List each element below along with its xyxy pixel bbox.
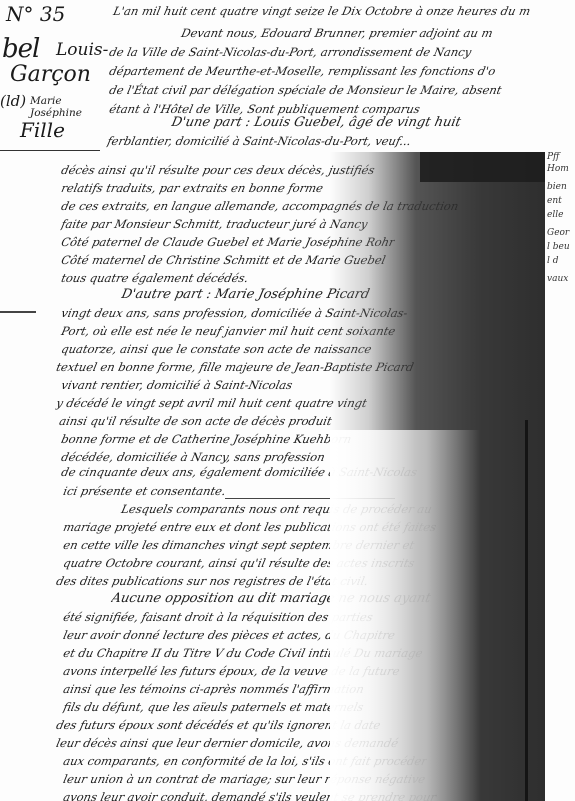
text-line: leur avoir donné lecture des pièces et a… (62, 628, 396, 642)
text-line: de l'État civil par délégation spéciale … (108, 83, 503, 97)
text-line: avons leur avoir conduit, demandé s'ils … (62, 790, 437, 801)
text-line: Côté paternel de Claude Guebel et Marie … (60, 235, 396, 249)
text-line: ainsi que les témoins ci-après nommés l'… (62, 682, 365, 696)
text-line: L'an mil huit cent quatre vingt seize le… (112, 4, 532, 18)
text-line: de la Ville de Saint-Nicolas-du-Port, ar… (108, 45, 473, 59)
text-line: été signifiée, faisant droit à la réquis… (62, 610, 374, 624)
edge-fragment: l beu (547, 242, 570, 252)
text-line: décédée, domiciliée à Nancy, sans profes… (60, 450, 326, 464)
text-line: mariage projeté entre eux et dont les pu… (62, 520, 438, 534)
edge-fragment: vaux (547, 274, 568, 284)
text-line: y décédé le vingt sept avril mil huit ce… (55, 396, 368, 410)
text-line: Lesquels comparants nous ont requis de p… (120, 502, 433, 516)
edge-fragment: Pff (547, 152, 559, 162)
text-line: ferblantier, domicilié à Saint-Nicolas-d… (106, 134, 412, 148)
text-line: ici présente et consentante. (62, 484, 227, 498)
text-line: leur décès ainsi que leur dernier domici… (55, 736, 400, 750)
text-line: vivant rentier, domicilié à Saint-Nicola… (60, 378, 294, 392)
text-line: avons interpellé les futurs époux, de la… (62, 664, 401, 678)
text-line: relatifs traduits, par extraits en bonne… (60, 181, 324, 195)
text-line: en cette ville les dimanches vingt sept … (62, 538, 416, 552)
text-line: faite par Monsieur Schmitt, traducteur j… (60, 217, 369, 231)
text-line: D'autre part : Marie Joséphine Picard (120, 287, 371, 302)
edge-fragment: Hom (547, 164, 569, 174)
text-line: Aucune opposition au dit mariage ne nous… (110, 591, 432, 606)
text-line: quatorze, ainsi que le constate son acte… (60, 342, 373, 356)
right-edge-strip: Pff Hom bien ent elle Geor l beu l d vau… (545, 152, 575, 801)
text-line: textuel en bonne forme, fille majeure de… (55, 360, 415, 374)
text-line: vingt deux ans, sans profession, domicil… (60, 306, 409, 320)
text-line: département de Meurthe-et-Moselle, rempl… (108, 64, 497, 78)
text-line: des futurs époux sont décédés et qu'ils … (55, 718, 382, 732)
document-body: L'an mil huit cent quatre vingt seize le… (0, 0, 575, 801)
line-filler-rule (225, 498, 395, 499)
text-line: étant à l'Hôtel de Ville, Sont publiquem… (108, 102, 421, 116)
text-line: décès ainsi qu'il résulte pour ces deux … (60, 163, 376, 177)
edge-fragment: Geor (547, 228, 569, 238)
page-fold (525, 420, 528, 801)
edge-fragment: ent (547, 196, 562, 206)
scan-shadow-top (420, 152, 545, 182)
text-line: quatre Octobre courant, ainsi qu'il résu… (62, 556, 416, 570)
text-line: de ces extraits, en langue allemande, ac… (60, 199, 460, 213)
text-line: Côté maternel de Christine Schmitt et de… (60, 253, 387, 267)
edge-fragment: elle (547, 210, 563, 220)
text-line: de cinquante deux ans, également domicil… (60, 465, 419, 479)
scanned-document-page: N° 35 bel Louis- Garçon (ld) Marie Josép… (0, 0, 575, 801)
text-line: des dites publications sur nos registres… (55, 574, 370, 588)
text-line: Port, où elle est née le neuf janvier mi… (60, 324, 397, 338)
text-line: bonne forme et de Catherine Joséphine Ku… (60, 432, 353, 446)
text-line: Devant nous, Edouard Brunner, premier ad… (180, 26, 494, 40)
text-line: tous quatre également décédés. (60, 271, 250, 285)
text-line: D'une part : Louis Guebel, âgé de vingt … (170, 115, 462, 130)
text-line: aux comparants, en conformité de la loi,… (62, 754, 428, 768)
text-line: et du Chapitre II du Titre V du Code Civ… (62, 646, 424, 660)
text-line: leur union à un contrat de mariage; sur … (62, 772, 427, 786)
edge-fragment: l d (547, 256, 559, 266)
text-line: ainsi qu'il résulte de son acte de décès… (58, 414, 333, 428)
edge-fragment: bien (547, 182, 567, 192)
text-line: fils du défunt, que les aïeuls paternels… (62, 700, 365, 714)
